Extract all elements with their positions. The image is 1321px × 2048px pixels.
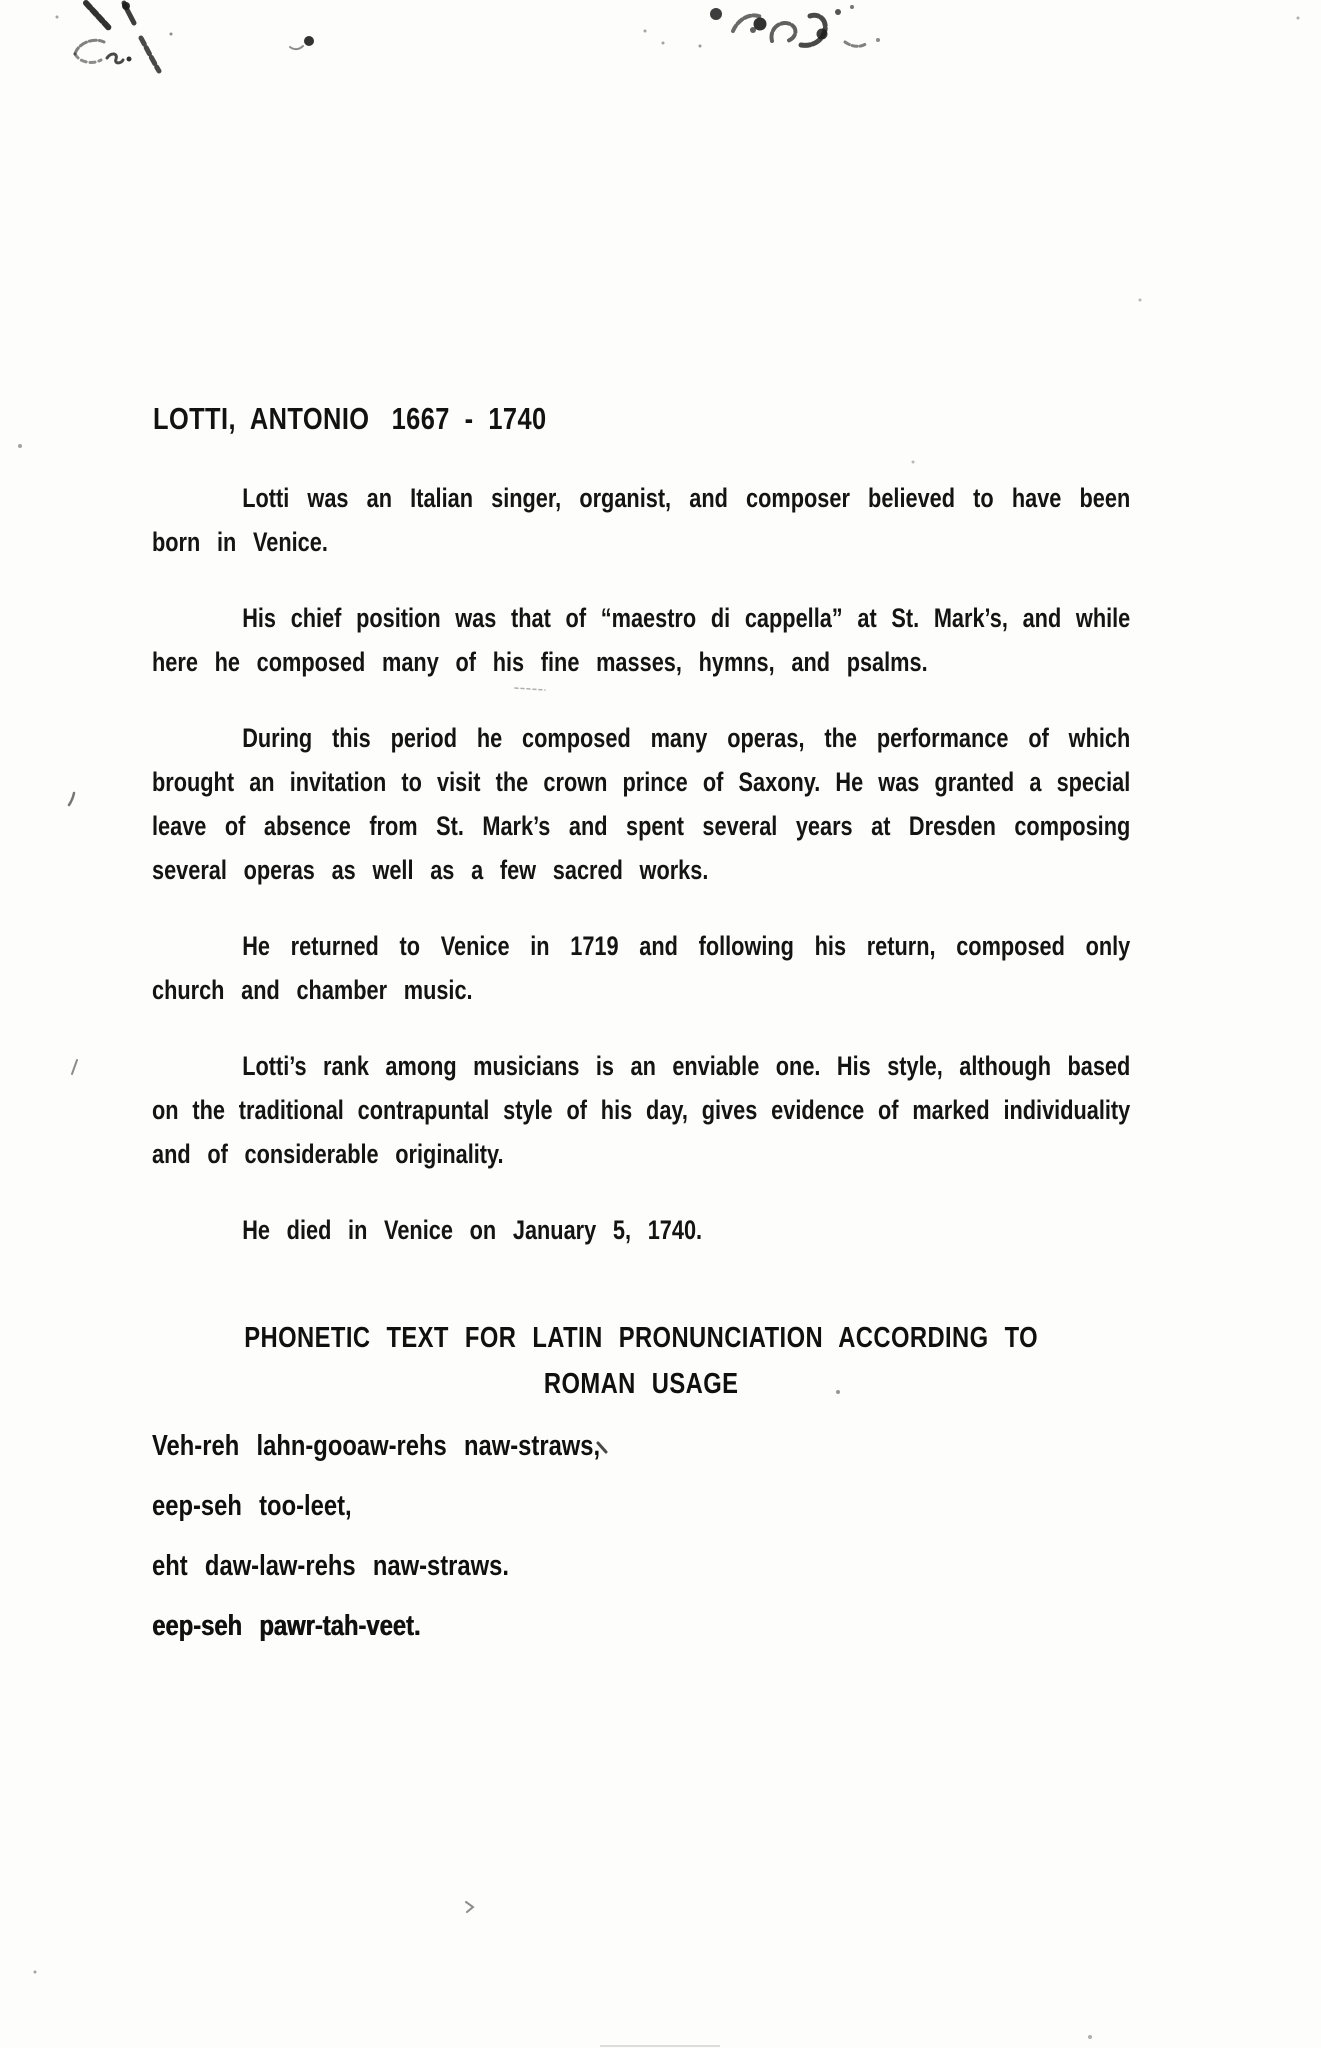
ink-blot-mark xyxy=(290,36,314,49)
paragraph: Lotti was an Italian singer, organist, a… xyxy=(152,476,1130,564)
text-line: During this period he composed many oper… xyxy=(152,716,1130,760)
body-text-column: Lotti was an Italian singer, organist, a… xyxy=(152,476,1130,1284)
text-line: Lotti was an Italian singer, organist, a… xyxy=(152,476,1130,520)
smudge-stamp-mark xyxy=(644,5,881,48)
paragraph: During this period he composed many oper… xyxy=(152,716,1130,892)
paragraph: Lotti’s rank among musicians is an envia… xyxy=(152,1044,1130,1176)
text-line: He returned to Venice in 1719 and follow… xyxy=(152,924,1130,968)
text-line: born in Venice. xyxy=(152,520,1130,564)
phonetic-line: Veh-reh lahn-gooaw-rehs naw-straws, xyxy=(152,1416,600,1476)
text-line: His chief position was that of “maestro … xyxy=(152,596,1130,640)
phonetic-line: eep-seh too-leet, xyxy=(152,1476,600,1536)
text-line: several operas as well as a few sacred w… xyxy=(152,848,1130,892)
section-heading-line: ROMAN USAGE xyxy=(152,1361,1130,1407)
text-line: on the traditional contrapuntal style of… xyxy=(152,1088,1130,1132)
pencil-scribble-marks xyxy=(56,2,173,71)
phonetic-line: eht daw-law-rehs naw-straws. xyxy=(152,1536,600,1596)
paragraph: He returned to Venice in 1719 and follow… xyxy=(152,924,1130,1012)
paragraph: He died in Venice on January 5, 1740. xyxy=(152,1208,1130,1252)
composer-dates: 1667 - 1740 xyxy=(392,401,547,436)
section-heading-line: PHONETIC TEXT FOR LATIN PRONUNCIATION AC… xyxy=(152,1315,1130,1361)
phonetic-line: eep-seh pawr-tah-veet. xyxy=(152,1596,600,1656)
text-line: He died in Venice on January 5, 1740. xyxy=(152,1208,1130,1252)
paragraph: His chief position was that of “maestro … xyxy=(152,596,1130,684)
text-line: and of considerable originality. xyxy=(152,1132,1130,1176)
text-line: Lotti’s rank among musicians is an envia… xyxy=(152,1044,1130,1088)
text-line: brought an invitation to visit the crown… xyxy=(152,760,1130,804)
phonetic-text-block: Veh-reh lahn-gooaw-rehs naw-straws, eep-… xyxy=(152,1416,600,1656)
text-line: church and chamber music. xyxy=(152,968,1130,1012)
text-line: leave of absence from St. Mark’s and spe… xyxy=(152,804,1130,848)
section-heading: PHONETIC TEXT FOR LATIN PRONUNCIATION AC… xyxy=(152,1315,1130,1407)
page-title: LOTTI, ANTONIO1667 - 1740 xyxy=(153,399,547,439)
text-line: here he composed many of his fine masses… xyxy=(152,640,1130,684)
scanned-document-page: LOTTI, ANTONIO1667 - 1740 Lotti was an I… xyxy=(0,0,1321,2048)
composer-name: LOTTI, ANTONIO xyxy=(153,401,369,436)
